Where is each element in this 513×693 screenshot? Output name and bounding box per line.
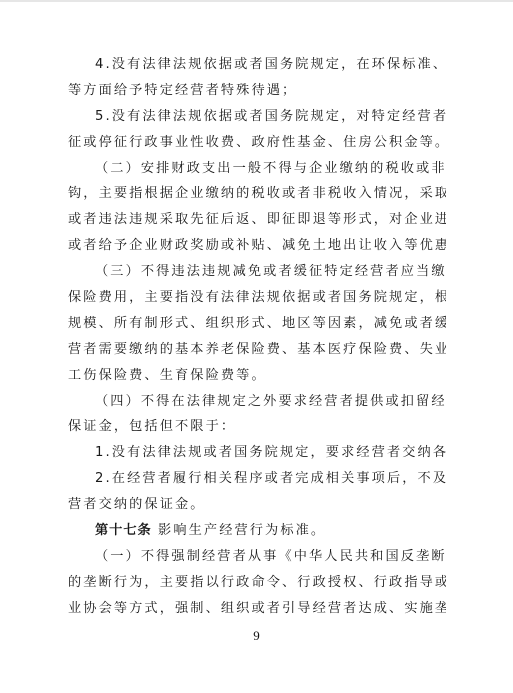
text-line: 2.在经营者履行相关程序或者完成相关事项后，不及时退还经 xyxy=(68,466,446,492)
text-line: 征或停征行政事业性收费、政府性基金、住房公积金等。 xyxy=(68,130,446,156)
text-line: 钩，主要指根据企业缴纳的税收或者非税收入情况，采取列收列支 xyxy=(68,181,446,207)
document-page: 4.没有法律法规依据或者国务院规定，在环保标准、排污权限 等方面给予特定经营者特… xyxy=(68,52,446,622)
text-line: （一）不得强制经营者从事《中华人民共和国反垄断法》规定 xyxy=(68,544,446,570)
text-line: 保险费用，主要指没有法律法规依据或者国务院规定，根据经营者 xyxy=(68,285,446,311)
article-title: 影响生产经营行为标准。 xyxy=(158,523,326,538)
text-line: 工伤保险费、生育保险费等。 xyxy=(68,363,446,389)
text-line: 等方面给予特定经营者特殊待遇； xyxy=(68,78,446,104)
text-line: 规模、所有制形式、组织形式、地区等因素，减免或者缓征特定经 xyxy=(68,311,446,337)
text-line: 或者违法违规采取先征后返、即征即退等形式，对企业进行返还， xyxy=(68,207,446,233)
article-label: 第十七条 xyxy=(95,523,152,538)
text-line: 营者交纳的保证金。 xyxy=(68,492,446,518)
text-line: 5.没有法律法规依据或者国务院规定，对特定经营者减免、缓 xyxy=(68,104,446,130)
text-line: 的垄断行为，主要指以行政命令、行政授权、行政指导或者通过行 xyxy=(68,570,446,596)
viewer-top-border xyxy=(0,0,513,2)
text-line: 或者给予企业财政奖励或补贴、减免土地出让收入等优惠政策。 xyxy=(68,233,446,259)
text-line: 业协会等方式，强制、组织或者引导经营者达成、实施垄断协议或 xyxy=(68,596,446,622)
article-heading-line: 第十七条 影响生产经营行为标准。 xyxy=(68,518,446,544)
text-line: 营者需要缴纳的基本养老保险费、基本医疗保险费、失业保险费、 xyxy=(68,337,446,363)
text-line: （四）不得在法律规定之外要求经营者提供或扣留经营者各类 xyxy=(68,389,446,415)
text-line: （二）安排财政支出一般不得与企业缴纳的税收或非税收入挂 xyxy=(68,156,446,182)
text-line: 1.没有法律法规或者国务院规定，要求经营者交纳各类保证金； xyxy=(68,440,446,466)
page-number: 9 xyxy=(0,628,513,644)
text-line: 保证金，包括但不限于： xyxy=(68,414,446,440)
text-line: 4.没有法律法规依据或者国务院规定，在环保标准、排污权限 xyxy=(68,52,446,78)
text-line: （三）不得违法违规减免或者缓征特定经营者应当缴纳的社会 xyxy=(68,259,446,285)
